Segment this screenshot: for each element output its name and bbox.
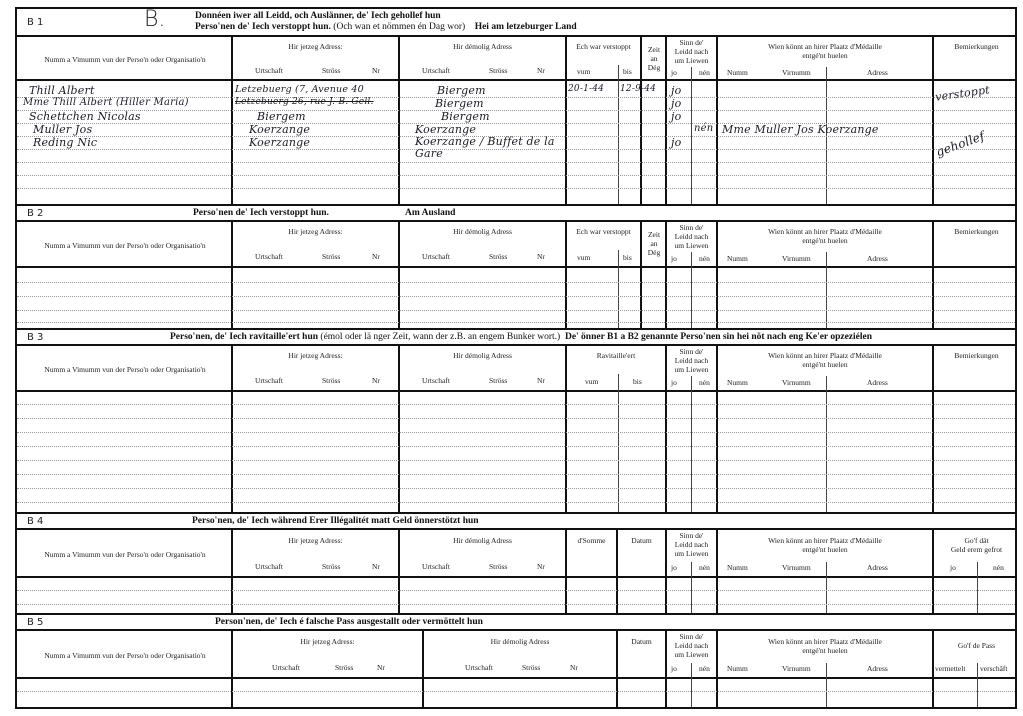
col-divider	[691, 252, 692, 328]
col-divider	[932, 222, 934, 328]
header-divider	[17, 266, 1015, 268]
jo-header: jo	[671, 254, 677, 263]
current-address-header: Hir jetzeg Adress:	[233, 351, 398, 360]
entry-former-address: Biergem	[435, 97, 484, 110]
row-rule	[17, 432, 1015, 433]
medal-label: Wien könnt an hirer Plaatz d'Médaille	[768, 42, 882, 51]
urtschaft-header: Urtschaft	[255, 562, 283, 571]
header-divider	[17, 576, 1015, 578]
current-address-header: Hir jetzeg Adress:	[233, 536, 398, 545]
zeit-header: Zeit an Dég	[643, 230, 665, 257]
row-rule	[17, 296, 1015, 297]
nen-header: nén	[699, 254, 710, 263]
row-rule	[17, 474, 1015, 475]
entry-nen: nén	[694, 123, 713, 134]
entry-name: Schettchen Nicolas	[29, 110, 141, 123]
urtschaft-header: Urtschaft	[255, 252, 283, 261]
medal-header: Wien könnt an hirer Plaatz d'Médaille en…	[718, 536, 932, 554]
zeit-label: Dég	[648, 63, 661, 72]
sinn-leidd-header: Sinn de' Leidd nach um Liewen	[667, 38, 716, 65]
section-b1: B 1 B. Donnéen iwer all Leidd, och Auslä…	[15, 7, 1017, 207]
current-address-header: Hir jetzeg Adress:	[233, 42, 398, 51]
sinn-label: Sinn de'	[679, 38, 703, 47]
section-subtitle: Perso'nen de' Iech verstoppt hun. (Och w…	[195, 22, 577, 32]
jo-header: jo	[950, 563, 956, 572]
name-col-header: Numm a Vimumm vun der Perso'n oder Organ…	[25, 241, 225, 250]
section-b5-header: B 5 Person'nen, de' Iech é falsche Pass …	[17, 615, 1015, 631]
gof-label: Geld erem gefrot	[951, 545, 1002, 554]
entry-current-address: Koerzange	[249, 123, 310, 136]
row-rule	[17, 446, 1015, 447]
entry-current-address: Letzebuerg 26, rue J.-B. Gell.	[235, 97, 374, 107]
col-divider	[618, 65, 619, 205]
entry-medal-recipient: Mme Muller Jos Koerzange	[722, 123, 879, 136]
nr-header: Nr	[537, 562, 545, 571]
subtitle-note: (Och wan et nömmen én Dag wor)	[333, 22, 465, 32]
row-rule	[17, 590, 1015, 591]
row-rule	[17, 604, 1015, 605]
col-divider	[826, 562, 827, 613]
medal-label: Wien könnt an hirer Plaatz d'Médaille	[768, 227, 882, 236]
sinn-label: Leidd nach	[675, 232, 709, 241]
section-b2-header: B 2 Perso'nen de' Iech verstoppt hun. Am…	[17, 206, 1015, 222]
col-divider	[826, 376, 827, 512]
former-address-header: Hir démolig Adress	[400, 351, 565, 360]
sinn-label: Sinn de'	[679, 632, 703, 641]
nen-header: nén	[993, 563, 1004, 572]
sinn-label: um Liewen	[675, 650, 709, 659]
section-b4-header: B 4 Perso'nen, de' Iech während Erer Ill…	[17, 514, 1015, 530]
sinn-label: Leidd nach	[675, 47, 709, 56]
adress-header: Adress	[867, 254, 888, 263]
medal-label: entgé'nt huelen	[802, 646, 847, 655]
adress-header: Adress	[867, 68, 888, 77]
entry-name: Reding Nic	[33, 136, 97, 149]
row-rule	[17, 488, 1015, 489]
col-divider	[691, 663, 692, 707]
section-title: Perso'nen, de' Iech ravitaille'ert hun (…	[170, 332, 872, 342]
urtschaft-header: Urtschaft	[272, 663, 300, 672]
medal-header: Wien könnt an hirer Plaatz d'Médaille en…	[718, 42, 932, 60]
row-rule	[17, 310, 1015, 311]
verschaft-header: verschâft	[980, 664, 1007, 673]
sinn-label: um Liewen	[675, 241, 709, 250]
stross-header: Ströss	[489, 376, 507, 385]
col-divider	[826, 663, 827, 707]
datum-header: Datum	[618, 536, 665, 545]
sinn-label: Leidd nach	[675, 540, 709, 549]
col-divider	[231, 37, 233, 205]
zeit-label: Zeit	[648, 230, 660, 239]
virnumm-header: Virnumm	[782, 378, 811, 387]
urtschaft-header: Urtschaft	[422, 252, 450, 261]
bemierkungen-header: Bemierkungen	[934, 42, 1019, 51]
section-code: B 5	[27, 617, 43, 628]
sinn-leidd-header: Sinn de' Leidd nach um Liewen	[667, 632, 716, 659]
nr-header: Nr	[377, 663, 385, 672]
nen-header: nén	[699, 664, 710, 673]
section-title: Perso'nen de' Iech verstoppt hun.	[193, 208, 329, 218]
adress-header: Adress	[867, 664, 888, 673]
col-divider	[716, 37, 718, 205]
title-bold: Perso'nen, de' Iech ravitaille'ert hun	[170, 332, 318, 342]
stross-header: Ströss	[322, 562, 340, 571]
entry-jo: jo	[671, 84, 681, 97]
col-divider	[398, 37, 400, 205]
col-divider	[826, 252, 827, 328]
verstoppt-header: Ech war verstoppt	[567, 42, 640, 51]
bemierkungen-header: Bemierkungen	[934, 351, 1019, 360]
entry-jo: jo	[671, 136, 681, 149]
stross-header: Ströss	[489, 252, 507, 261]
section-code: B 2	[27, 208, 43, 219]
row-rule	[17, 418, 1015, 419]
jo-header: jo	[671, 664, 677, 673]
numm-header: Numm	[727, 664, 748, 673]
nr-header: Nr	[537, 66, 545, 75]
medal-label: entgé'nt huelen	[802, 51, 847, 60]
sinn-leidd-header: Sinn de' Leidd nach um Liewen	[667, 531, 716, 558]
entry-current-address: Biergem	[257, 110, 306, 123]
entry-vum: 20-1-44	[568, 84, 604, 94]
sinn-leidd-header: Sinn de' Leidd nach um Liewen	[667, 223, 716, 250]
col-divider	[932, 37, 934, 205]
medal-label: Wien könnt an hirer Plaatz d'Médaille	[768, 536, 882, 545]
title-instruction: De' önner B1 a B2 genannte Perso'nen sin…	[565, 332, 872, 342]
row-rule	[17, 460, 1015, 461]
entry-former-address: Biergem	[437, 84, 486, 97]
stross-header: Ströss	[522, 663, 540, 672]
virnumm-header: Virnumm	[782, 563, 811, 572]
entry-name: Mme Thill Albert (Hiller Maria)	[23, 97, 189, 108]
sinn-label: um Liewen	[675, 549, 709, 558]
numm-header: Numm	[727, 68, 748, 77]
section-location: Am Ausland	[405, 208, 455, 218]
gof-label: Go'f dät	[964, 536, 988, 545]
somme-header: d'Somme	[567, 536, 616, 545]
row-rule	[17, 502, 1015, 503]
name-col-header: Numm a Vimumm vun der Perso'n oder Organ…	[25, 651, 225, 660]
zeit-label: an	[650, 54, 657, 63]
subtitle-location: Hei am letzeburger Land	[475, 22, 577, 32]
header-divider	[17, 390, 1015, 392]
entry-current-address: Koerzange	[249, 136, 310, 149]
col-divider	[691, 562, 692, 613]
jo-header: jo	[671, 563, 677, 572]
col-divider	[977, 562, 978, 613]
title-note: (émol oder lä nger Zeit, wann der z.B. a…	[320, 332, 560, 342]
urtschaft-header: Urtschaft	[255, 66, 283, 75]
entry-jo: jo	[671, 97, 681, 110]
urtschaft-header: Urtschaft	[255, 376, 283, 385]
entry-former-address: Koerzange / Buffet de la Gare	[415, 136, 563, 160]
row-rule	[17, 691, 1015, 692]
nr-header: Nr	[372, 66, 380, 75]
stross-header: Ströss	[322, 66, 340, 75]
section-b3: B 3 Perso'nen, de' Iech ravitaille'ert h…	[15, 328, 1017, 514]
col-divider	[231, 222, 233, 328]
medal-header: Wien könnt an hirer Plaatz d'Médaille en…	[718, 637, 932, 655]
entry-former-address: Biergem	[441, 110, 490, 123]
entry-current-address: Letzebuerg (7, Avenue 40	[235, 84, 364, 95]
zeit-header: Zeit an Dég	[643, 45, 665, 72]
current-address-header: Hir jetzeg Adress:	[233, 227, 398, 236]
urtschaft-header: Urtschaft	[422, 562, 450, 571]
medal-label: entgé'nt huelen	[802, 360, 847, 369]
name-col-header: Numm a Vimumm vun der Perso'n oder Organ…	[25, 550, 225, 559]
stross-header: Ströss	[322, 252, 340, 261]
medal-label: entgé'nt huelen	[802, 236, 847, 245]
sinn-leidd-header: Sinn de' Leidd nach um Liewen	[667, 347, 716, 374]
zeit-label: an	[650, 239, 657, 248]
entry-remark: gehollef	[934, 129, 986, 159]
row-rule	[17, 322, 1015, 323]
verstoppt-header: Ech war verstoppt	[567, 227, 640, 236]
urtschaft-header: Urtschaft	[465, 663, 493, 672]
nr-header: Nr	[372, 562, 380, 571]
entry-jo: jo	[671, 110, 681, 123]
sinn-label: Leidd nach	[675, 641, 709, 650]
numm-header: Numm	[727, 254, 748, 263]
numm-header: Numm	[727, 378, 748, 387]
sinn-label: Sinn de'	[679, 347, 703, 356]
entry-name: Thill Albert	[29, 84, 95, 97]
col-divider	[618, 250, 619, 328]
former-address-header: Hir démolig Adress	[400, 227, 565, 236]
medal-label: Wien könnt an hirer Plaatz d'Médaille	[768, 351, 882, 360]
nr-header: Nr	[537, 252, 545, 261]
section-code: B 1	[27, 17, 43, 28]
bis-header: bis	[623, 253, 632, 262]
section-code: B 3	[27, 332, 43, 343]
section-b2: B 2 Perso'nen de' Iech verstoppt hun. Am…	[15, 204, 1017, 330]
numm-header: Numm	[727, 563, 748, 572]
row-rule	[17, 282, 1015, 283]
sinn-label: Leidd nach	[675, 356, 709, 365]
urtschaft-header: Urtschaft	[422, 66, 450, 75]
virnumm-header: Virnumm	[782, 68, 811, 77]
section-b4: B 4 Perso'nen, de' Iech während Erer Ill…	[15, 512, 1017, 615]
nen-header: nén	[699, 378, 710, 387]
section-b1-header: B 1 B. Donnéen iwer all Leidd, och Auslä…	[17, 9, 1015, 37]
medal-label: Wien könnt an hirer Plaatz d'Médaille	[768, 637, 882, 646]
col-divider	[618, 374, 619, 512]
stross-header: Ströss	[489, 562, 507, 571]
nr-header: Nr	[570, 663, 578, 672]
gof-geld-header: Go'f dät Geld erem gefrot	[934, 536, 1019, 554]
sinn-label: um Liewen	[675, 56, 709, 65]
vermettelt-header: vermettelt	[935, 664, 965, 673]
former-address-header: Hir démolig Adress	[400, 42, 565, 51]
gof-pass-header: Go'f de Pass	[934, 641, 1019, 650]
section-title: Donnéen iwer all Leidd, och Auslänner, d…	[195, 11, 441, 21]
row-rule	[17, 404, 1015, 405]
adress-header: Adress	[867, 378, 888, 387]
zeit-label: Dég	[648, 248, 661, 257]
current-address-header: Hir jetzeg Adress:	[233, 637, 422, 646]
nr-header: Nr	[372, 376, 380, 385]
row-rule	[17, 175, 1015, 176]
vum-header: vum	[577, 253, 590, 262]
sinn-label: um Liewen	[675, 365, 709, 374]
nr-header: Nr	[372, 252, 380, 261]
urtschaft-header: Urtschaft	[422, 376, 450, 385]
entry-bis: 12-9-44	[620, 84, 656, 94]
former-address-header: Hir démolig Adress	[400, 536, 565, 545]
name-col-header: Numm a Vimumm vun der Perso'n oder Organ…	[25, 55, 225, 64]
subtitle-bold: Perso'nen de' Iech verstoppt hun.	[195, 22, 331, 32]
virnumm-header: Virnumm	[782, 664, 811, 673]
medal-label: entgé'nt huelen	[802, 545, 847, 554]
former-address-header: Hir démolig Adress	[424, 637, 616, 646]
form-letter: B.	[144, 7, 165, 32]
col-divider	[565, 222, 567, 328]
col-divider	[398, 222, 400, 328]
bis-header: bis	[633, 377, 642, 386]
col-divider	[640, 37, 642, 205]
header-divider	[17, 677, 1015, 679]
jo-header: jo	[671, 68, 677, 77]
section-title: Person'nen, de' Iech é falsche Pass ausg…	[215, 617, 483, 627]
row-rule	[17, 162, 1015, 163]
section-b5: B 5 Person'nen, de' Iech é falsche Pass …	[15, 613, 1017, 709]
section-title: Perso'nen, de' Iech während Erer Illégal…	[192, 516, 479, 526]
vum-header: vum	[577, 67, 590, 76]
bemierkungen-header: Bemierkungen	[934, 227, 1019, 236]
stross-header: Ströss	[322, 376, 340, 385]
sinn-label: Sinn de'	[679, 531, 703, 540]
stross-header: Ströss	[489, 66, 507, 75]
row-rule	[17, 110, 1015, 111]
jo-header: jo	[671, 378, 677, 387]
medal-header: Wien könnt an hirer Plaatz d'Médaille en…	[718, 227, 932, 245]
section-code: B 4	[27, 516, 43, 527]
section-b3-header: B 3 Perso'nen, de' Iech ravitaille'ert h…	[17, 330, 1015, 346]
name-col-header: Numm a Vimumm vun der Perso'n oder Organ…	[25, 365, 225, 374]
entry-name: Muller Jos	[33, 123, 92, 136]
ravitailleert-header: Ravitaille'ert	[567, 351, 665, 360]
header-divider	[17, 79, 1015, 81]
sinn-label: Sinn de'	[679, 223, 703, 232]
bis-header: bis	[623, 67, 632, 76]
nen-header: nén	[699, 68, 710, 77]
row-rule	[17, 188, 1015, 189]
zeit-label: Zeit	[648, 45, 660, 54]
col-divider	[565, 37, 567, 205]
adress-header: Adress	[867, 563, 888, 572]
vum-header: vum	[585, 377, 598, 386]
nen-header: nén	[699, 563, 710, 572]
col-divider	[691, 376, 692, 512]
entry-remark: verstoppt	[934, 83, 990, 104]
col-divider	[977, 663, 978, 707]
stross-header: Ströss	[335, 663, 353, 672]
medal-header: Wien könnt an hirer Plaatz d'Médaille en…	[718, 351, 932, 369]
nr-header: Nr	[537, 376, 545, 385]
datum-header: Datum	[618, 637, 665, 646]
col-divider	[640, 222, 642, 328]
virnumm-header: Virnumm	[782, 254, 811, 263]
